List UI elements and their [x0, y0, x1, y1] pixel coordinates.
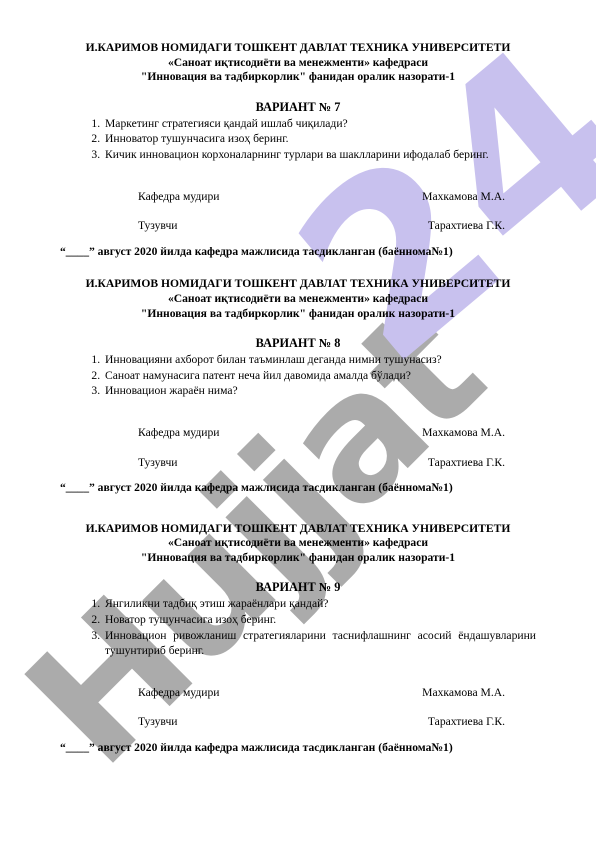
variant-block-7: И.КАРИМОВ НОМИДАГИ ТОШКЕНТ ДАВЛАТ ТЕХНИК…: [60, 41, 536, 259]
question-item: Новатор тушунчасига изоҳ беринг.: [103, 612, 536, 628]
university-name: И.КАРИМОВ НОМИДАГИ ТОШКЕНТ ДАВЛАТ ТЕХНИК…: [60, 277, 536, 292]
signature-name: Тарахтиева Г.К.: [428, 218, 505, 234]
approval-line: “____” август 2020 йилда кафедра мажлиси…: [60, 244, 536, 260]
question-item: Инновацияни ахборот билан таъминлаш дега…: [103, 352, 536, 368]
university-header: И.КАРИМОВ НОМИДАГИ ТОШКЕНТ ДАВЛАТ ТЕХНИК…: [60, 41, 536, 85]
variant-title: ВАРИАНТ № 9: [60, 580, 536, 595]
question-item: Саноат намунасига патент неча йил давоми…: [103, 368, 536, 384]
signature-role: Кафедра мудири: [138, 189, 219, 205]
question-item: Инновацион жараён нима?: [103, 383, 536, 399]
question-list: Маркетинг стратегияси қандай ишлаб чиқил…: [60, 116, 536, 163]
signature-role: Тузувчи: [138, 714, 178, 730]
university-header: И.КАРИМОВ НОМИДАГИ ТОШКЕНТ ДАВЛАТ ТЕХНИК…: [60, 522, 536, 566]
variant-title: ВАРИАНТ № 7: [60, 100, 536, 115]
course-title: "Инновация ва тадбиркорлик" фанидан орал…: [60, 307, 536, 322]
university-name: И.КАРИМОВ НОМИДАГИ ТОШКЕНТ ДАВЛАТ ТЕХНИК…: [60, 41, 536, 56]
signature-name: Тарахтиева Г.К.: [428, 455, 505, 471]
document-page: Hujjat 24 И.КАРИМОВ НОМИДАГИ ТОШКЕНТ ДАВ…: [0, 0, 596, 842]
signature-role: Кафедра мудири: [138, 425, 219, 441]
signature-row-compiler: Тузувчи Тарахтиева Г.К.: [60, 714, 536, 730]
signature-role: Тузувчи: [138, 218, 178, 234]
signature-row-head: Кафедра мудири Махкамова М.А.: [60, 189, 536, 205]
signature-row-compiler: Тузувчи Тарахтиева Г.К.: [60, 455, 536, 471]
variant-title: ВАРИАНТ № 8: [60, 336, 536, 351]
department-name: «Саноат иқтисодиёти ва менежменти» кафед…: [60, 56, 536, 71]
signature-name: Махкамова М.А.: [422, 425, 505, 441]
signature-name: Махкамова М.А.: [422, 685, 505, 701]
signature-role: Кафедра мудири: [138, 685, 219, 701]
question-item: Маркетинг стратегияси қандай ишлаб чиқил…: [103, 116, 536, 132]
approval-line: “____” август 2020 йилда кафедра мажлиси…: [60, 480, 536, 496]
university-name: И.КАРИМОВ НОМИДАГИ ТОШКЕНТ ДАВЛАТ ТЕХНИК…: [60, 522, 536, 537]
signature-name: Тарахтиева Г.К.: [428, 714, 505, 730]
course-title: "Инновация ва тадбиркорлик" фанидан орал…: [60, 551, 536, 566]
department-name: «Саноат иқтисодиёти ва менежменти» кафед…: [60, 292, 536, 307]
signature-role: Тузувчи: [138, 455, 178, 471]
question-list: Инновацияни ахборот билан таъминлаш дега…: [60, 352, 536, 399]
signature-row-head: Кафедра мудири Махкамова М.А.: [60, 685, 536, 701]
variant-block-8: И.КАРИМОВ НОМИДАГИ ТОШКЕНТ ДАВЛАТ ТЕХНИК…: [60, 277, 536, 495]
variant-block-9: И.КАРИМОВ НОМИДАГИ ТОШКЕНТ ДАВЛАТ ТЕХНИК…: [60, 522, 536, 756]
document-content: И.КАРИМОВ НОМИДАГИ ТОШКЕНТ ДАВЛАТ ТЕХНИК…: [0, 0, 596, 756]
department-name: «Саноат иқтисодиёти ва менежменти» кафед…: [60, 536, 536, 551]
question-item: Янгиликни тадбиқ этиш жараёнлари қандай?: [103, 596, 536, 612]
question-item: Инновацион ривожланиш стратегияларини та…: [103, 628, 536, 659]
question-item: Инноватор тушунчасига изоҳ беринг.: [103, 131, 536, 147]
university-header: И.КАРИМОВ НОМИДАГИ ТОШКЕНТ ДАВЛАТ ТЕХНИК…: [60, 277, 536, 321]
signature-name: Махкамова М.А.: [422, 189, 505, 205]
approval-line: “____” август 2020 йилда кафедра мажлиси…: [60, 740, 536, 756]
signature-row-head: Кафедра мудири Махкамова М.А.: [60, 425, 536, 441]
signature-row-compiler: Тузувчи Тарахтиева Г.К.: [60, 218, 536, 234]
question-list: Янгиликни тадбиқ этиш жараёнлари қандай?…: [60, 596, 536, 658]
question-item: Кичик инновацион корхоналарнинг турлари …: [103, 147, 536, 163]
course-title: "Инновация ва тадбиркорлик" фанидан орал…: [60, 70, 536, 85]
